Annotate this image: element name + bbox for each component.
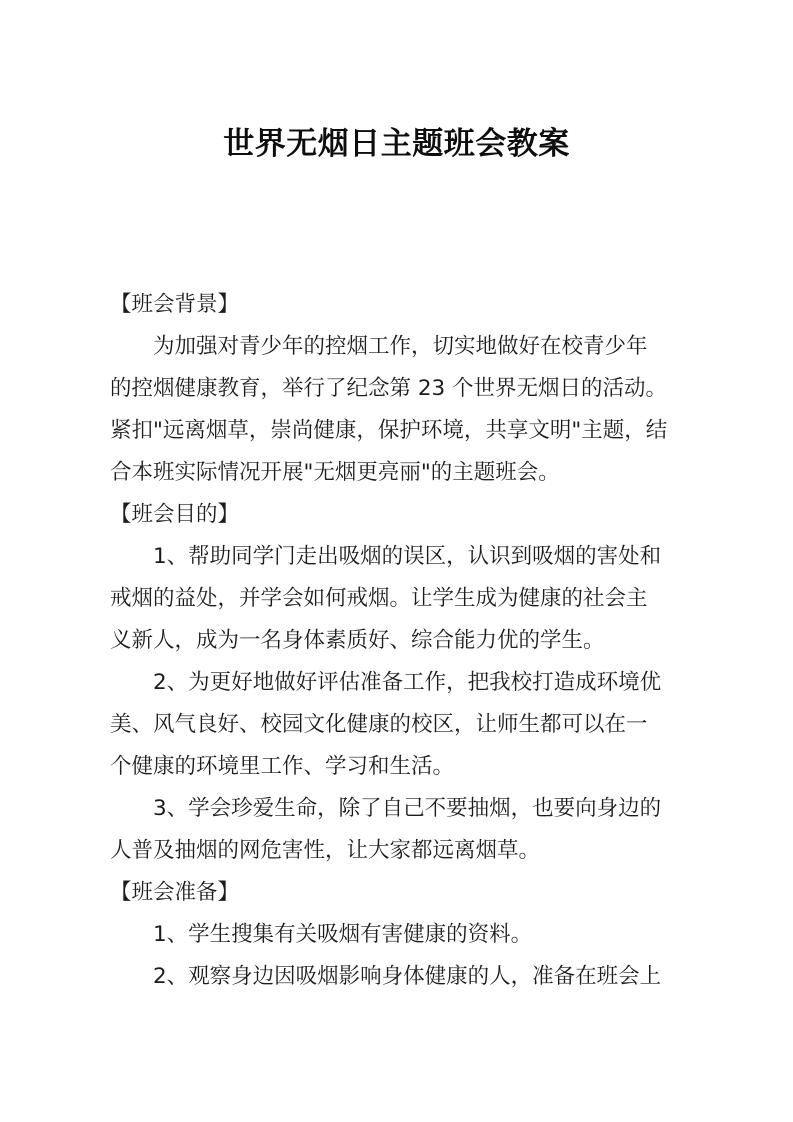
text-line: 个健康的环境里工作、学习和生活。 <box>110 746 685 788</box>
document-page: 世界无烟日主题班会教案 【班会背景】为加强对青少年的控烟工作，切实地做好在校青少… <box>0 0 793 1122</box>
text-line: 2、为更好地做好评估准备工作，把我校打造成环境优 <box>110 662 685 704</box>
section-heading: 【班会目的】 <box>110 494 685 536</box>
document-title: 世界无烟日主题班会教案 <box>0 120 793 168</box>
text-line: 为加强对青少年的控烟工作，切实地做好在校青少年 <box>110 326 685 368</box>
text-line: 戒烟的益处，并学会如何戒烟。让学生成为健康的社会主 <box>110 578 685 620</box>
text-line: 的控烟健康教育，举行了纪念第 23 个世界无烟日的活动。 <box>110 368 685 410</box>
text-line: 合本班实际情况开展"无烟更亮丽"的主题班会。 <box>110 452 685 494</box>
text-line: 1、帮助同学门走出吸烟的误区，认识到吸烟的害处和 <box>110 536 685 578</box>
section-heading: 【班会准备】 <box>110 872 685 914</box>
section-heading: 【班会背景】 <box>110 284 685 326</box>
text-line: 紧扣"远离烟草，崇尚健康，保护环境，共享文明"主题，结 <box>110 410 685 452</box>
text-line: 义新人，成为一名身体素质好、综合能力优的学生。 <box>110 620 685 662</box>
text-line: 人普及抽烟的网危害性，让大家都远离烟草。 <box>110 830 685 872</box>
text-line: 美、风气良好、校园文化健康的校区，让师生都可以在一 <box>110 704 685 746</box>
text-line: 1、学生搜集有关吸烟有害健康的资料。 <box>110 914 685 956</box>
text-line: 3、学会珍爱生命，除了自己不要抽烟，也要向身边的 <box>110 788 685 830</box>
document-body: 【班会背景】为加强对青少年的控烟工作，切实地做好在校青少年的控烟健康教育，举行了… <box>110 284 685 998</box>
text-line: 2、观察身边因吸烟影响身体健康的人，准备在班会上 <box>110 956 685 998</box>
